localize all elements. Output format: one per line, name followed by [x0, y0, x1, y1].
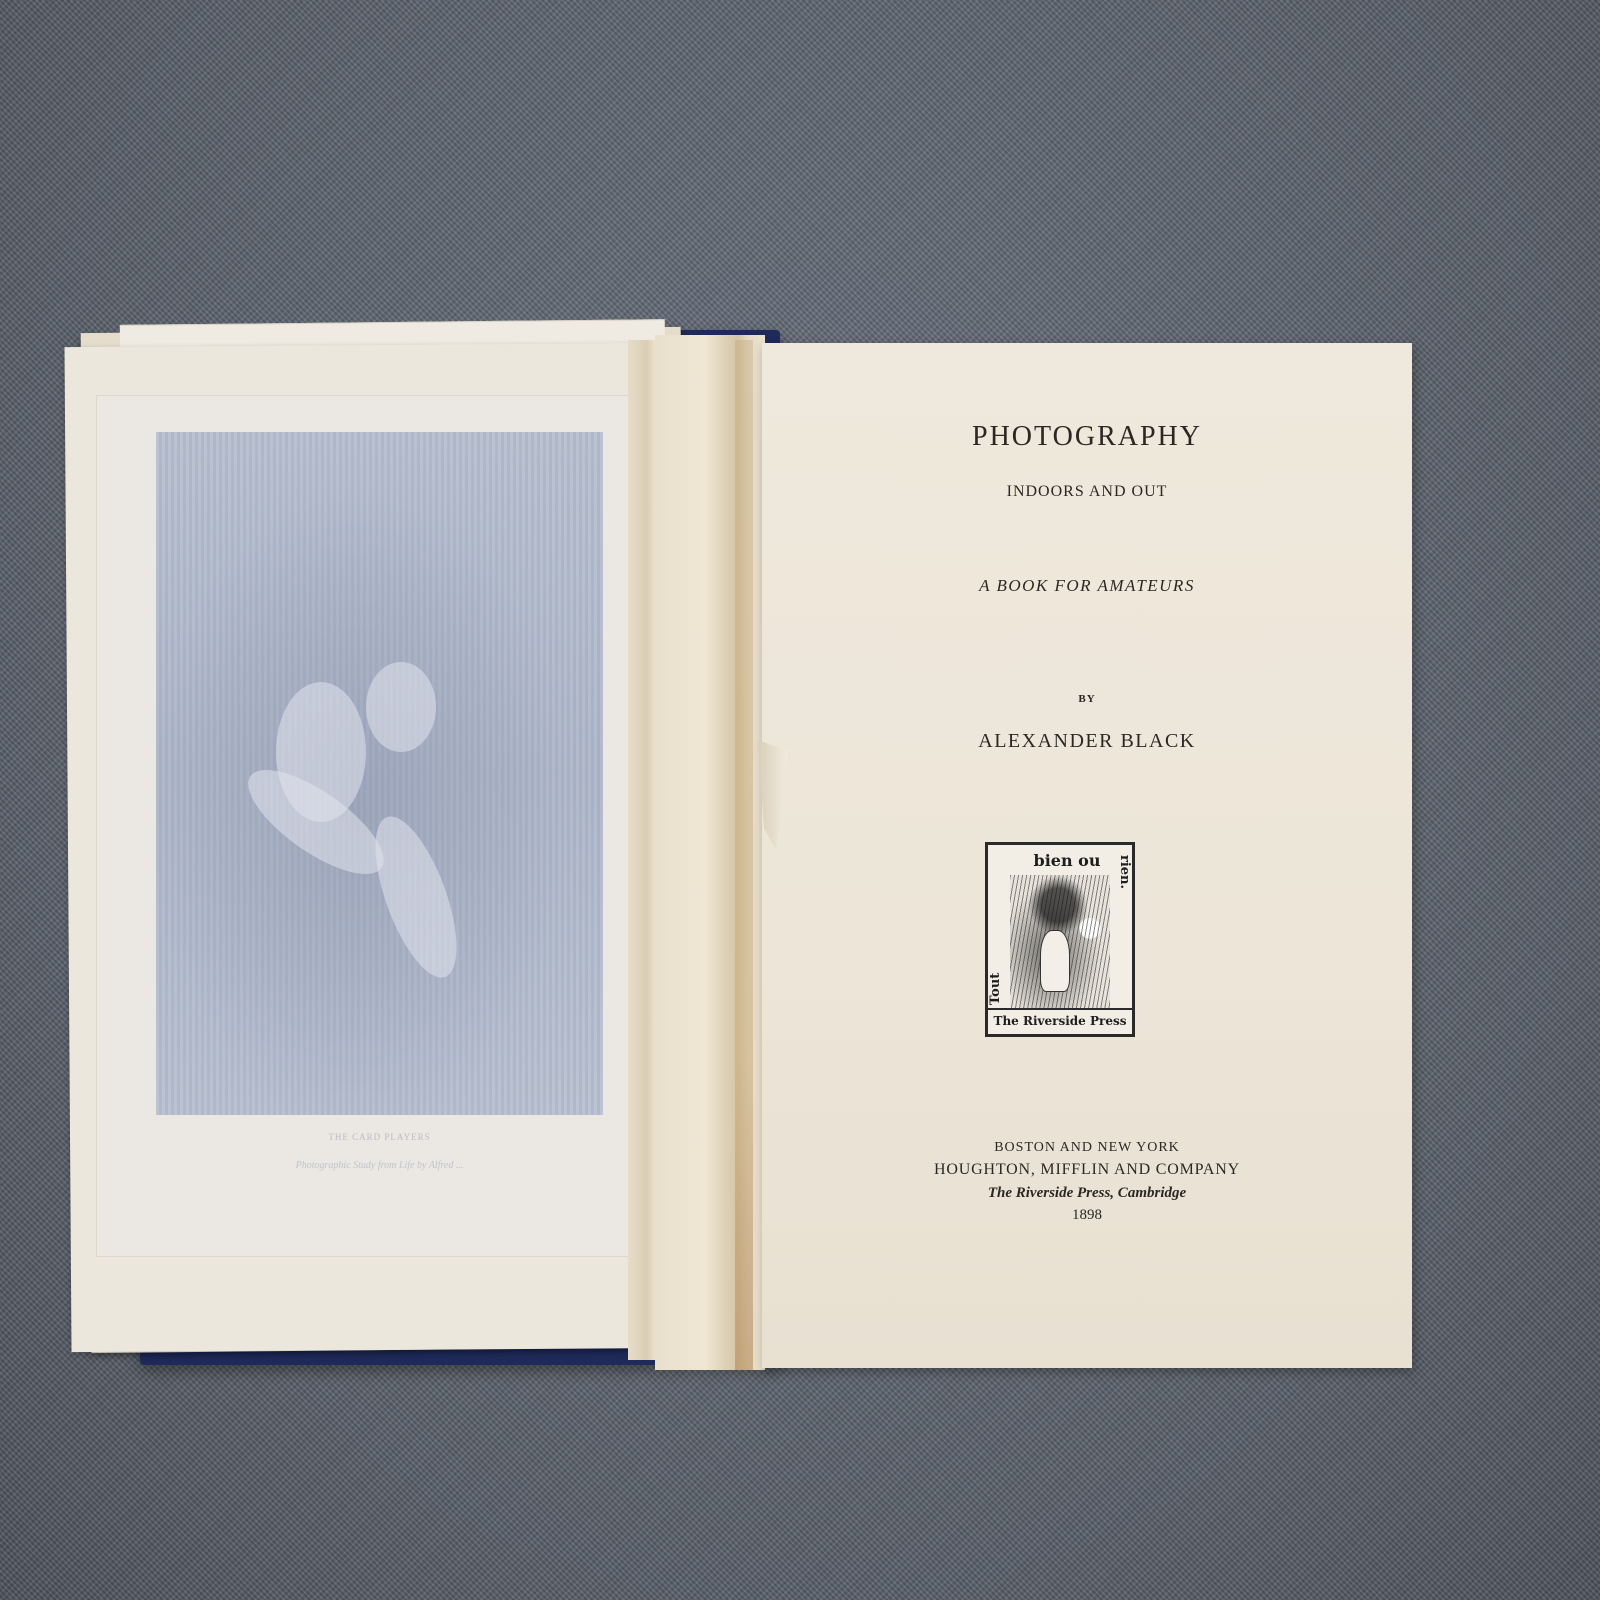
seated-figure-icon	[1040, 930, 1070, 992]
book-subtitle: INDOORS AND OUT	[762, 483, 1412, 501]
frontispiece-photograph	[156, 432, 603, 1115]
book-title: PHOTOGRAPHY	[762, 421, 1412, 453]
imprint-press: The Riverside Press, Cambridge	[762, 1185, 1412, 1202]
device-engraving	[1010, 875, 1110, 1008]
riverside-press-device-icon: bien ou Tout rien. The Riverside Press	[985, 842, 1135, 1037]
device-motto-top: bien ou	[1010, 849, 1124, 873]
imprint-cities: BOSTON AND NEW YORK	[762, 1140, 1412, 1156]
byline-label: BY	[762, 693, 1412, 705]
device-motto-left: Tout	[988, 855, 1008, 1005]
tree-icon	[1028, 875, 1088, 935]
imprint-year: 1898	[762, 1207, 1412, 1224]
frontispiece-caption-subtitle: Photographic Study from Life by Alfred .…	[156, 1160, 603, 1171]
book-tagline: A BOOK FOR AMATEURS	[762, 576, 1412, 596]
author-name: ALEXANDER BLACK	[762, 730, 1412, 753]
frontispiece-caption-title: THE CARD PLAYERS	[156, 1132, 603, 1142]
spine-stain	[735, 340, 753, 1370]
figure-silhouette	[366, 662, 436, 752]
device-footer-label: The Riverside Press	[988, 1008, 1132, 1034]
device-motto-right: rien.	[1112, 855, 1132, 1005]
imprint-publisher: HOUGHTON, MIFFLIN AND COMPANY	[762, 1161, 1412, 1179]
figure-silhouette	[359, 807, 474, 987]
